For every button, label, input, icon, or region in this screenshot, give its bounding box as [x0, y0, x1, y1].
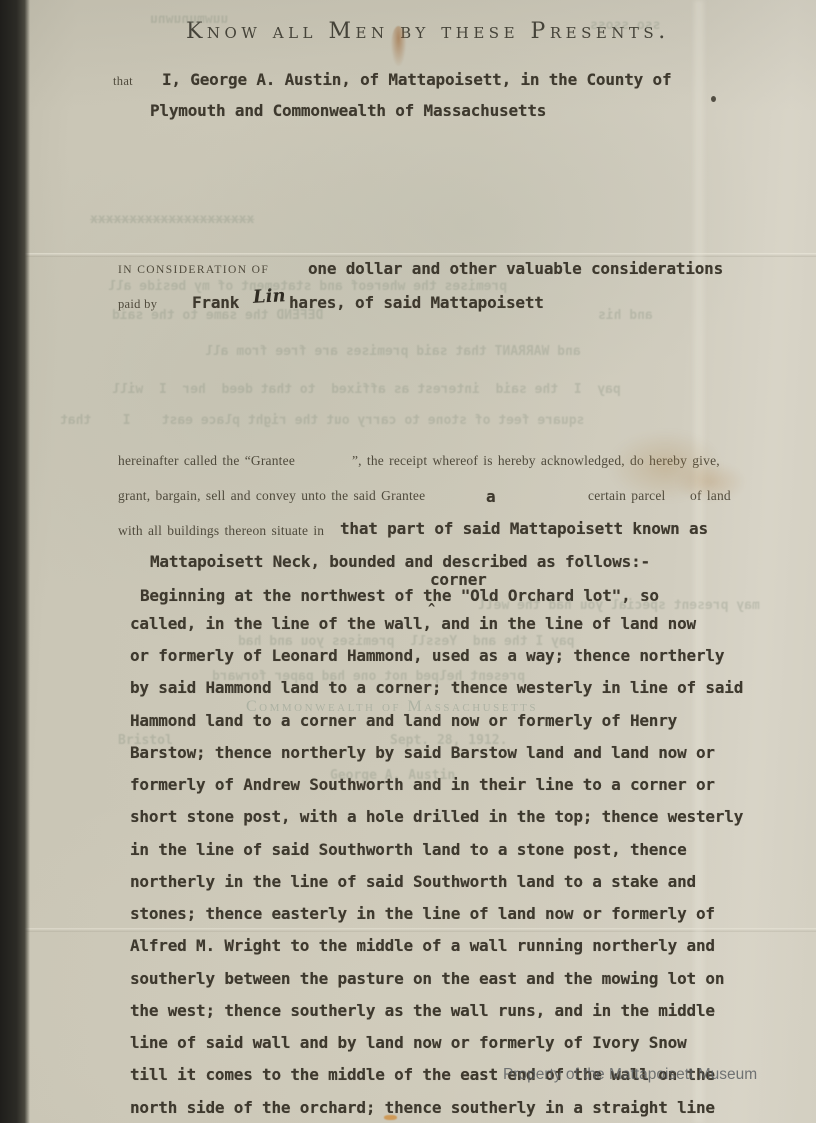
brown-stain-small — [676, 462, 746, 502]
typewritten-text: Alfred M. Wright to the middle of a wall… — [130, 936, 715, 955]
typewritten-text: called, in the line of the wall, and in … — [130, 614, 696, 633]
typewritten-text: the west; thence southerly as the wall r… — [130, 1001, 715, 1020]
ink-bleedthrough: pay I the said interest as affixed to th… — [112, 382, 621, 397]
typewritten-text: that part of said Mattapoisett known as — [340, 519, 708, 538]
rust-stain — [391, 26, 406, 66]
ink-bleedthrough: and WARRANT that said premises are free … — [205, 344, 581, 359]
ink-bleedthrough: premises the whereof and statement of my… — [108, 279, 507, 294]
ink-bleedthrough: Sept. 28, 1912. — [390, 733, 507, 748]
ink-bleedthrough: pay I the and Yessll premises you and ha… — [238, 634, 575, 649]
ink-bleedthrough: Bristol — [118, 733, 173, 748]
ink-bleedthrough: xxxxxxxxxxxxxxxxxxxxx — [90, 212, 254, 227]
ink-bleedthrough: may present special you had the well — [478, 598, 760, 613]
typewritten-text: in the line of said Southworth land to a… — [130, 840, 687, 859]
typewritten-text: one dollar and other valuable considerat… — [308, 259, 723, 278]
museum-watermark: Property of the Mattapoisett Museum — [503, 1066, 757, 1084]
printed-form-text: IN CONSIDERATION OF — [118, 264, 269, 276]
typewritten-text: southerly between the pasture on the eas… — [130, 969, 724, 988]
typewritten-text: Plymouth and Commonwealth of Massachuset… — [150, 101, 546, 120]
ink-bleedthrough: sso ssoss — [590, 18, 660, 33]
ink-bleedthrough: DEFEND the same to the said — [112, 308, 323, 323]
typewritten-text: line of said wall and by land now or for… — [130, 1033, 687, 1052]
caret-insert-mark: ^ — [428, 601, 435, 615]
typewritten-text: north side of the orchard; thence southe… — [130, 1098, 715, 1117]
ink-bleedthrough: George A. Austin — [330, 768, 455, 783]
typewritten-text: short stone post, with a hole drilled in… — [130, 807, 743, 826]
printed-form-text: grant, bargain, sell and convey unto the… — [118, 488, 425, 504]
printed-form-text: with all buildings thereon situate in — [118, 523, 324, 539]
ink-bleedthrough: Commonwealth of Massachusetts — [246, 698, 538, 716]
ink-speck — [711, 96, 716, 102]
orange-speck — [384, 1115, 397, 1120]
typewritten-text: Mattapoisett Neck, bounded and described… — [150, 552, 650, 571]
scan-edge-shadow — [0, 0, 30, 1123]
typewritten-text: stones; thence easterly in the line of l… — [130, 904, 715, 923]
ink-bleedthrough: present helped not one had paper forward — [212, 669, 525, 684]
printed-form-text: that — [113, 74, 133, 89]
typewritten-text: northerly in the line of said Southworth… — [130, 872, 696, 891]
ink-bleedthrough: square feet of stone to carry out the ri… — [60, 413, 584, 428]
typewritten-text: I, George A. Austin, of Mattapoisett, in… — [162, 70, 671, 89]
scanned-deed-photo: Know all Men by these Presents.thatI, Ge… — [0, 0, 816, 1123]
ink-bleedthrough: and his — [598, 308, 653, 323]
typewritten-text: hares, of said Mattapoisett — [289, 293, 544, 312]
ink-bleedthrough: uuwmunuwnu — [150, 12, 228, 27]
typewritten-text: a — [486, 487, 495, 506]
